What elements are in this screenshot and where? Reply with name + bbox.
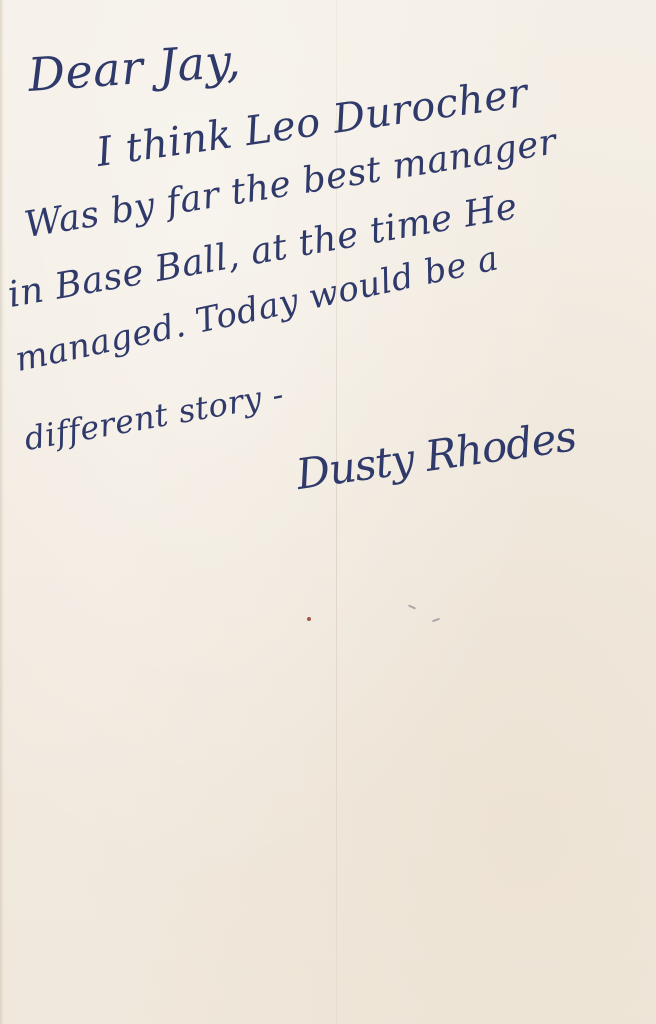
body-line-5: different story - xyxy=(21,375,286,458)
paper-fold-line xyxy=(336,0,337,1024)
ink-smudge xyxy=(408,604,416,609)
paper-stain-dot xyxy=(307,617,311,621)
letter-page: Dear Jay, I think Leo Durocher Was by fa… xyxy=(0,0,656,1024)
ink-smudge xyxy=(432,618,440,623)
paper-edge xyxy=(0,0,4,1024)
salutation: Dear Jay, xyxy=(26,33,242,102)
